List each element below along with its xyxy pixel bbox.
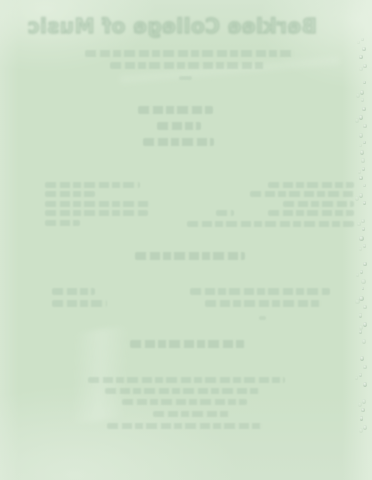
perforation-dot (355, 118, 359, 122)
perforation-dot (361, 98, 364, 102)
perforation-dot (363, 262, 367, 266)
perforation-dot (362, 227, 365, 231)
perforation-dot (363, 382, 367, 387)
ghost-text-mark (259, 316, 266, 320)
ghost-text-line (250, 191, 354, 197)
perforation-dot (362, 287, 365, 290)
ghost-text-line (52, 288, 95, 295)
perforation-dot (363, 141, 366, 144)
perforation-dot (363, 184, 366, 187)
ghost-text-line (190, 288, 330, 295)
perforation-dot (359, 144, 362, 147)
perforation-dot (359, 428, 363, 433)
perforation-dot (363, 365, 367, 369)
perforation-dot (359, 296, 363, 301)
perforation-dot (362, 399, 366, 404)
ghost-text-line (135, 252, 245, 260)
perforation-dot (363, 244, 366, 247)
perforation-dot (363, 425, 367, 430)
perforation-dot (360, 356, 364, 361)
ghost-text-line (107, 423, 263, 429)
perforation-dot (355, 376, 358, 380)
paper-wrinkle (120, 40, 340, 100)
perforation-dot (363, 81, 366, 84)
perforation-dot (362, 47, 366, 52)
ghost-text-line (88, 377, 285, 383)
ghost-text-line (216, 210, 234, 216)
perforation-dot (360, 416, 364, 420)
ghost-text-line (45, 201, 150, 207)
perforation-dot (355, 299, 359, 304)
ghost-text-line (205, 300, 322, 307)
perforation-dot (359, 330, 362, 333)
perforation-dot (359, 325, 363, 330)
ghost-text-mark (179, 76, 192, 80)
perforation-dot (360, 270, 363, 274)
perforation-dot (356, 273, 359, 277)
perforation-dot (359, 67, 363, 71)
ghost-text-line (105, 388, 260, 394)
perforation-dot (358, 170, 362, 174)
paper-wrinkle (0, 312, 235, 437)
perforation-dot (359, 247, 362, 250)
perforation-dot (357, 222, 361, 227)
perforation-dot (359, 55, 362, 59)
perforation-dot (363, 64, 367, 68)
ghost-text-line (45, 220, 80, 226)
ghost-text-line (45, 182, 140, 188)
ghost-text-line (138, 106, 213, 114)
perforation-dot (361, 38, 364, 41)
bleed-through-title: Berklee College of Music (0, 14, 358, 38)
ghost-text-line (153, 411, 230, 417)
perforation-dot (360, 150, 364, 155)
perforation-dot (362, 339, 366, 344)
perforation-dot (359, 373, 362, 377)
ghost-text-line (45, 210, 148, 216)
ghost-text-line (283, 201, 354, 207)
perforation-dot (359, 176, 363, 181)
perforation-dot (363, 322, 367, 327)
ghost-text-line (187, 221, 354, 227)
perforation-dot (362, 167, 366, 171)
perforation-dot (361, 408, 365, 412)
scanned-page: Berklee College of Music (0, 0, 372, 480)
ghost-text-line (130, 340, 245, 348)
ghost-text-line (52, 300, 107, 307)
perforation-dot (361, 279, 365, 284)
perforation-dot (358, 402, 362, 407)
perforation-dot (359, 115, 363, 119)
perforation-dot (360, 90, 364, 95)
perforation-dot (357, 41, 360, 44)
perforation-dot (361, 219, 365, 224)
perforation-dot (361, 158, 365, 162)
ghost-text-line (143, 138, 214, 146)
perforation-dot (355, 196, 359, 201)
perforation-dot (356, 93, 360, 98)
perforation-dot (359, 133, 363, 138)
perforation-dot (359, 236, 363, 241)
perforation-dot (363, 305, 366, 309)
perforation-dot (363, 201, 366, 205)
ghost-text-line (45, 191, 95, 197)
perforation-dot (359, 313, 363, 317)
ghost-text-line (268, 210, 354, 216)
perforation-dot (363, 124, 366, 128)
ghost-text-line (122, 399, 247, 405)
perforation-dot (362, 107, 366, 112)
ghost-text-line (110, 62, 265, 69)
ghost-text-line (157, 122, 201, 130)
ghost-text-line (268, 182, 354, 188)
ghost-text-line (85, 50, 295, 57)
perforation-dot (359, 193, 363, 198)
binding-perforation-edge (350, 0, 372, 480)
